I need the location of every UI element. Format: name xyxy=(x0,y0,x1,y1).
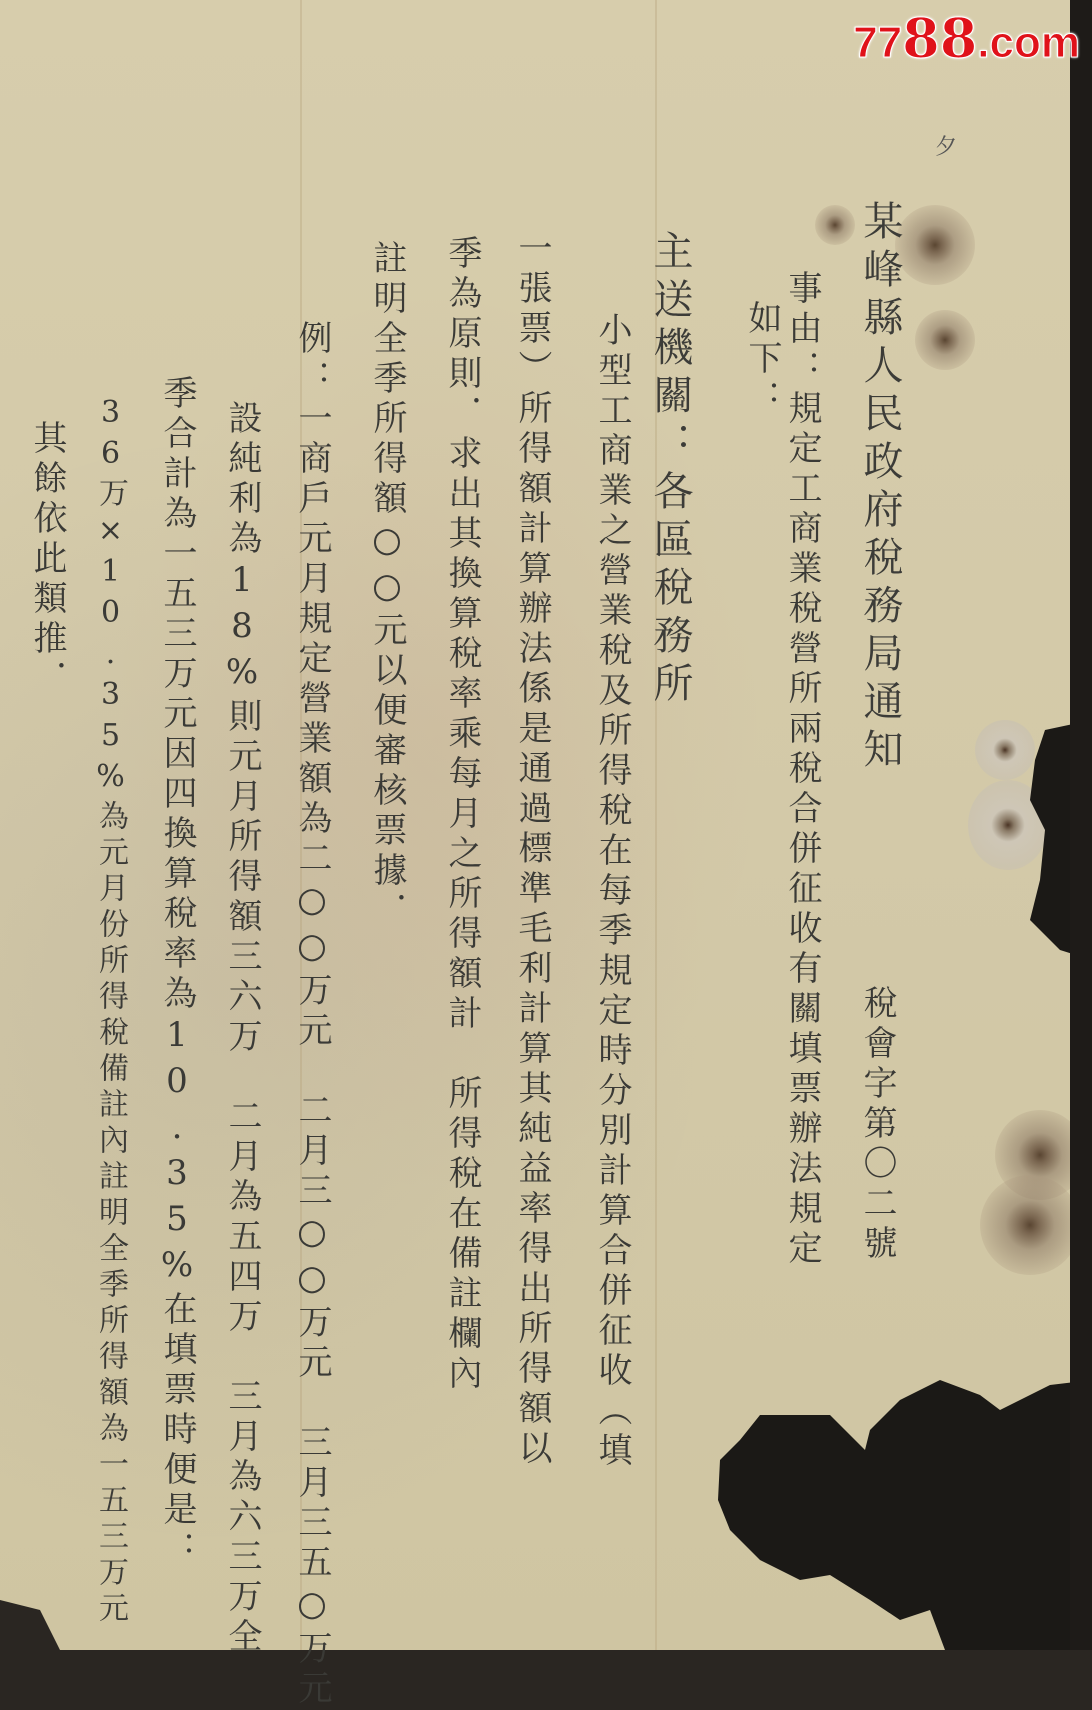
body-line: 季為原則．求出其換算稅率乘每月之所得額計 所得稅在備註欄內 xyxy=(445,235,479,1395)
body-line: 設純利為18%則元月所得額三六万 二月為五四万 三月為六三万全 xyxy=(225,400,259,1650)
body-line: 註明全季所得額○○元以便審核票據． xyxy=(370,240,404,932)
reference-number: 稅會字第〇二號 xyxy=(860,985,894,1265)
body-line: 一張票）所得額計算辦法係是通過標準毛利計算其純益率得出所得額以 xyxy=(515,230,549,1470)
body-line: 季合計為一五三万元因四換算稅率為10.35%在填票時便是： xyxy=(160,375,194,1571)
watermark-88: 88 xyxy=(902,6,977,70)
body-line: 例：一商戶元月規定營業額為二○○万元 二月三○○万元 三月三五○万元 xyxy=(295,320,329,1650)
subject-line: 事由：規定工商業稅營所兩稅合併征收有關填票辦法規定 xyxy=(785,270,819,1270)
site-watermark: 7788.com xyxy=(853,6,1080,70)
watermark-prefix: 77 xyxy=(853,18,902,67)
margin-mark: 夕 xyxy=(935,130,957,161)
body-line: 小型工商業之營業稅及所得稅在每季規定時分別計算合併征收（填 xyxy=(595,312,629,1472)
document-title: 某峰縣人民政府稅務局通知 xyxy=(860,200,900,776)
body-line: 36万×10.35%為元月份所得稅備註內註明全季所得額為一五三万元 xyxy=(95,395,125,1628)
subject-line: 如下： xyxy=(745,300,779,420)
scan-edge xyxy=(1070,0,1092,1650)
recipient: 主送機關：各區稅務所 xyxy=(650,230,690,710)
body-line: 其餘依此類推． xyxy=(30,420,64,700)
watermark-suffix: .com xyxy=(977,18,1080,67)
